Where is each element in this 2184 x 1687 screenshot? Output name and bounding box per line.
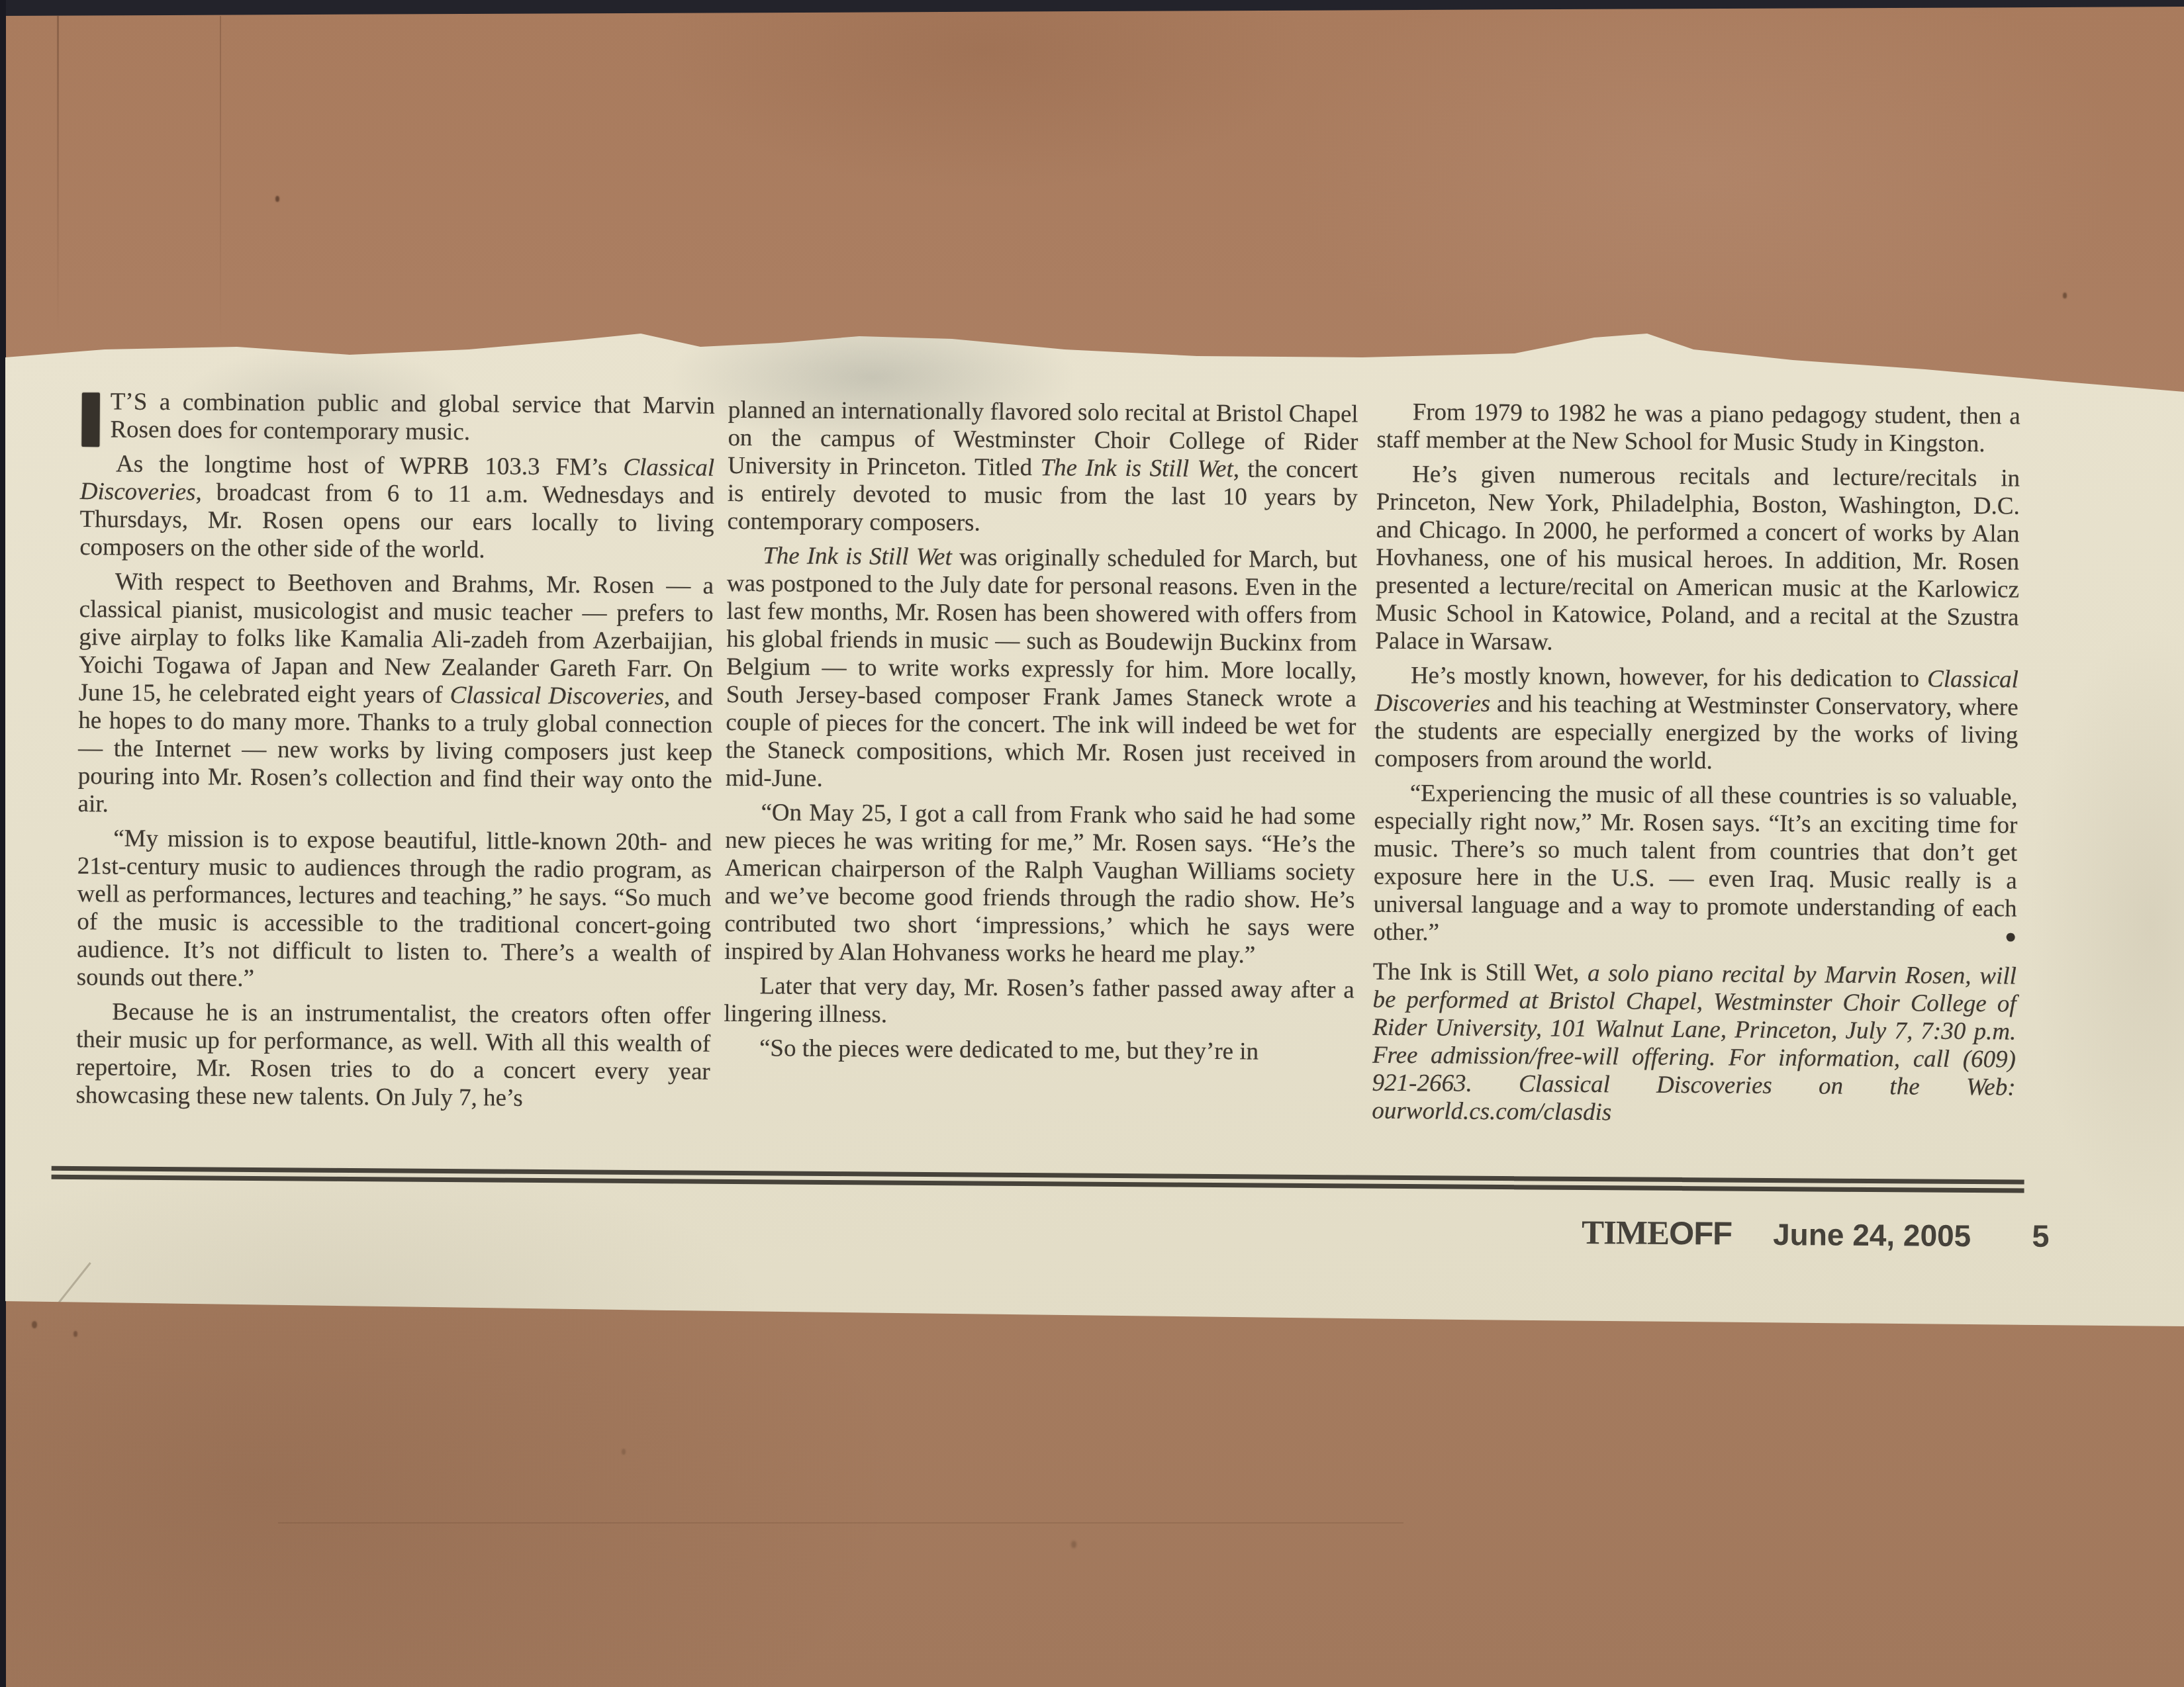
paragraph: “On May 25, I got a call from Frank who … [724,799,1356,970]
article-columns: TIMEOFF June 24, 2005 5 T’S a combinatio… [0,330,2184,1346]
scan-edge-top [0,0,2184,16]
footer-brand: TIMEOFF [1582,1214,1732,1254]
paragraph-text: From 1979 to 1982 he was a piano pedagog… [1376,398,2020,457]
paragraph: Later that very day, Mr. Rosen’s father … [724,972,1354,1032]
end-of-article-bullet: ● [1969,923,2017,951]
cardboard-crease [278,1522,1403,1524]
paragraph-text: The Ink is Still Wet, [1373,958,1588,987]
paragraph-text: Because he is an instrumentalist, the cr… [75,998,710,1111]
article-column-1: T’S a combination public and global serv… [75,388,715,1120]
paragraph-text: “Experiencing the music of all these cou… [1373,780,2018,946]
newspaper-clipping: TIMEOFF June 24, 2005 5 T’S a combinatio… [5,331,2184,1332]
footer-date: June 24, 2005 [1773,1216,1971,1254]
paragraph: He’s mostly known, however, for his dedi… [1374,662,2018,778]
paragraph: T’S a combination public and global serv… [80,388,715,448]
paragraph-text: “On May 25, I got a call from Frank who … [724,799,1356,968]
paragraph-text: Later that very day, Mr. Rosen’s father … [724,972,1354,1028]
paragraph-text: “My mission is to expose beautiful, litt… [77,825,712,991]
footer-brand-time: TIME [1582,1214,1669,1252]
cardboard-background: TIMEOFF June 24, 2005 5 T’S a combinatio… [0,0,2184,1687]
paragraph-text: He’s mostly known, however, for his dedi… [1411,662,1928,692]
paragraph: “So the pieces were dedicated to me, but… [724,1034,1354,1067]
paragraph: He’s given numerous recitals and lecture… [1375,461,2020,660]
paragraph-text: The Ink is Still Wet [1040,454,1233,482]
paragraph: The Ink is Still Wet, a solo piano recit… [1372,958,2017,1130]
paragraph-text: T’S a combination public and global serv… [110,388,715,445]
paragraph: The Ink is Still Wet was originally sche… [726,542,1358,797]
drop-cap-block [81,392,100,447]
paragraph-text: He’s given numerous recitals and lecture… [1375,461,2020,655]
footer-brand-off: OFF [1669,1216,1732,1252]
paragraph-text: Classical Discoveries [450,682,664,710]
paragraph: planned an internationally flavored solo… [727,396,1358,540]
paragraph-text: “So the pieces were dedicated to me, but… [759,1034,1258,1065]
paragraph: As the longtime host of WPRB 103.3 FM’s … [79,450,714,566]
paragraph: With respect to Beethoven and Brahms, Mr… [77,568,714,823]
footer: TIMEOFF June 24, 2005 5 [1582,1214,2050,1255]
cardboard-streak [220,16,221,347]
article-column-2: planned an internationally flavored solo… [724,396,1358,1073]
paragraph: “My mission is to expose beautiful, litt… [77,825,712,996]
cardboard-speck [0,0,3,5]
paragraph: From 1979 to 1982 he was a piano pedagog… [1376,398,2020,459]
paragraph-text: The Ink is Still Wet [763,542,952,570]
paper-crease [52,1262,91,1311]
cardboard-streak [57,16,59,334]
paragraph: “Experiencing the music of all these cou… [1373,780,2018,951]
footer-rule [52,1166,2024,1193]
article-column-3: From 1979 to 1982 he was a piano pedagog… [1372,398,2020,1136]
paragraph: Because he is an instrumentalist, the cr… [75,998,710,1114]
paragraph-text: As the longtime host of WPRB 103.3 FM’s [116,450,624,480]
paragraph-text: was originally scheduled for March, but … [726,543,1358,792]
footer-page-number: 5 [2032,1218,2050,1254]
scan-edge-left [0,0,6,1687]
